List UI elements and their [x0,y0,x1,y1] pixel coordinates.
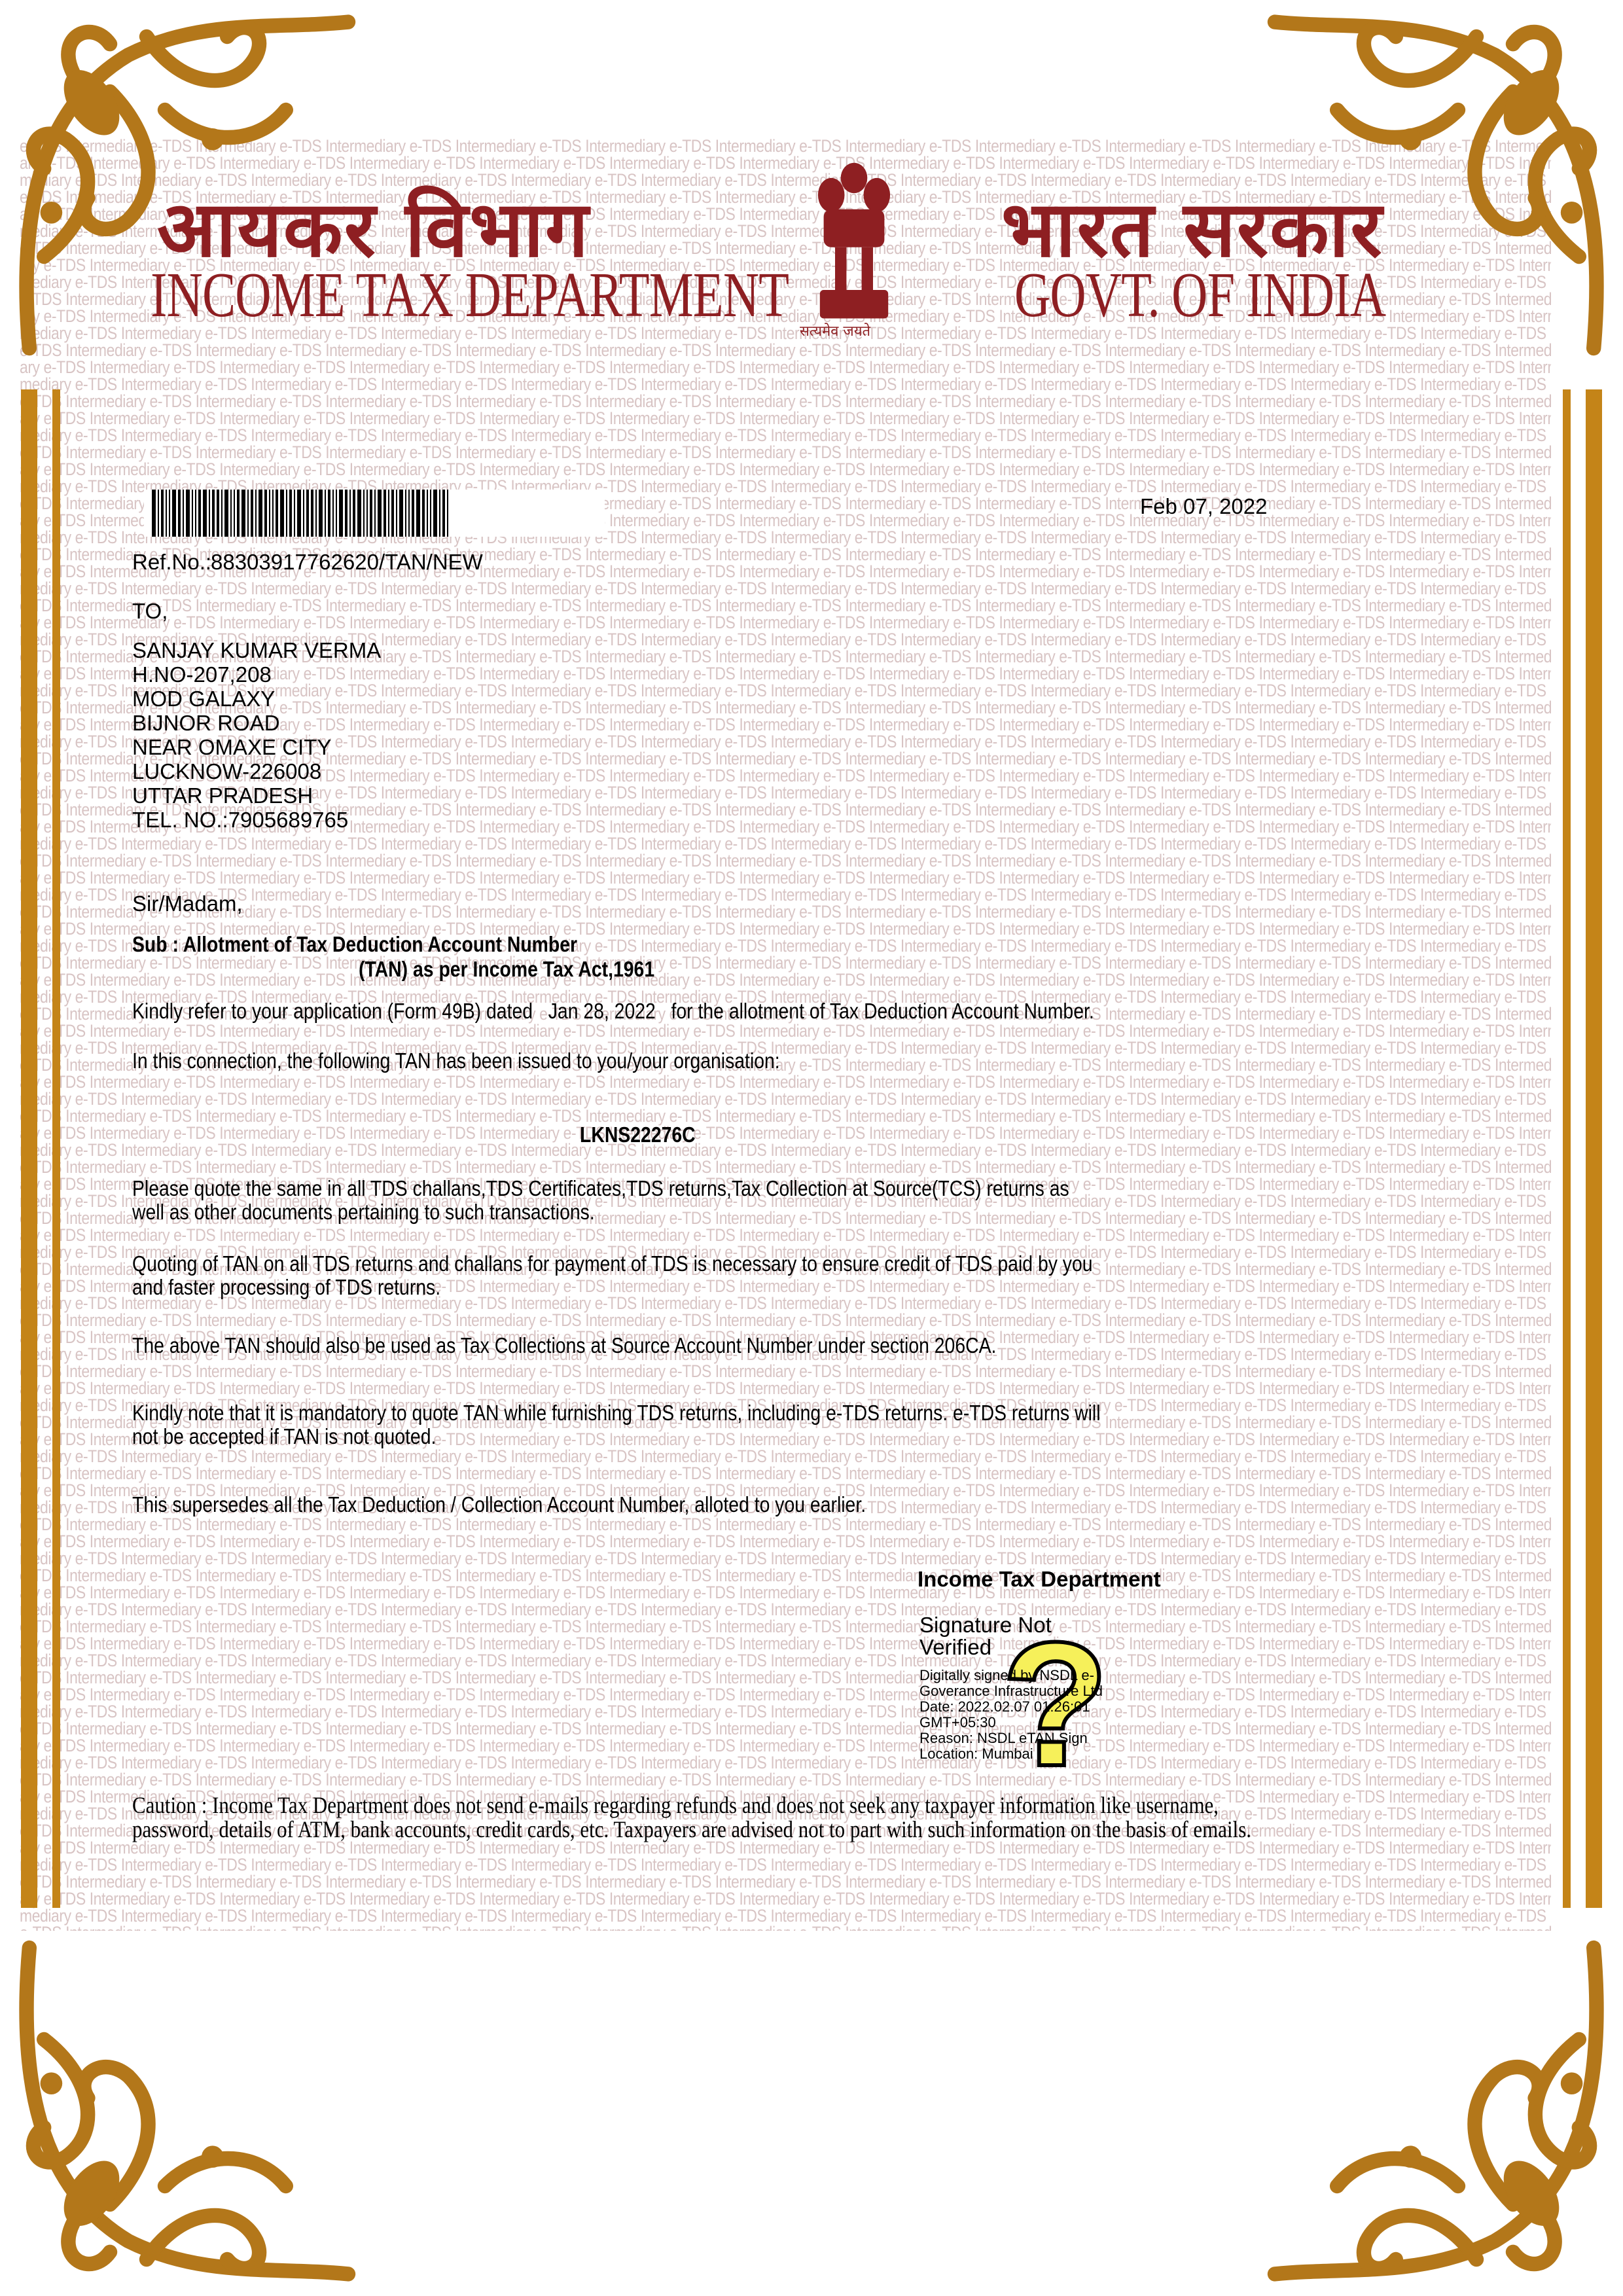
to-label: TO, [132,599,168,623]
barcode-bar [408,490,410,537]
barcode-bar [416,490,420,537]
barcode-bar [158,490,159,537]
barcode-bar [433,490,437,537]
address-line: NEAR OMAXE CITY [132,735,331,759]
govt-name-english: GOVT. OF INDIA [1014,259,1385,332]
barcode-bar [422,490,425,537]
barcode-bar [349,490,351,537]
barcode-bar [195,490,196,537]
signature-detail-line: Reason: NSDL eTAN Sign [919,1731,1088,1746]
signature-issuer: Income Tax Department [918,1567,1161,1591]
border-line-right-outer [1586,389,1602,1908]
barcode-bar [259,490,262,537]
border-line-left-outer [21,389,37,1908]
barcode-bar [378,490,382,537]
barcode-bar [166,490,167,537]
address-line: BIJNOR ROAD [132,711,280,735]
para-quote-line-1: Please quote the same in all TDS challan… [132,1176,1069,1200]
barcode-bar [319,490,323,537]
barcode-bar [357,490,361,537]
barcode-bar [370,490,372,537]
barcode-bar [198,490,201,537]
para-credit-line-1: Quoting of TAN on all TDS returns and ch… [132,1251,1093,1276]
barcode-bar [255,490,257,537]
emblem-motto: सत्यमेव जयते [800,321,870,340]
barcode-bar [442,490,445,537]
address-line: TEL. NO.:7905689765 [132,808,348,832]
barcode-bar [303,490,304,537]
para-tcs: The above TAN should also be used as Tax… [132,1333,996,1357]
barcode-bar [209,490,210,537]
barcode-bar [405,490,406,537]
barcode-bar [224,490,228,537]
barcode-bar [152,490,156,537]
barcode-bar [234,490,235,537]
para-credit-line-2: and faster processing of TDS returns. [132,1275,440,1299]
barcode-bar [178,490,181,537]
address-line: UTTAR PRADESH [132,783,313,808]
ref-label: Ref.No.: [132,550,211,574]
barcode-bar [396,490,397,537]
barcode-bar [399,490,403,537]
barcode-bar [427,490,428,537]
subject-line-2: (TAN) as per Income Tax Act,1961 [359,957,654,981]
barcode-bar [336,490,337,537]
barcode-bar [192,490,193,537]
barcode-bar [217,490,219,537]
corner-ornament-bottom-left-icon [0,1929,366,2296]
barcode-bar [241,490,245,537]
salutation: Sir/Madam, [132,891,243,916]
barcode-bar [325,490,326,537]
barcode-bar [276,490,278,537]
para-mandatory-line-2: not be accepted if TAN is not quoted. [132,1424,436,1448]
barcode [144,490,605,537]
ashoka-emblem-icon [805,157,903,347]
letter-date: Feb 07, 2022 [1140,494,1268,518]
subject-line-1: Sub : Allotment of Tax Deduction Account… [132,932,577,956]
signature-detail-line: Location: Mumbai [919,1746,1033,1762]
para-application-ref: Kindly refer to your application (Form 4… [132,999,1094,1023]
barcode-bar [328,490,330,537]
barcode-bar [374,490,376,537]
address-line: MOD GALAXY [132,687,275,711]
barcode-bar [212,490,215,537]
address-line: SANJAY KUMAR VERMA [132,638,381,662]
barcode-bar [264,490,267,537]
barcode-bar [315,490,317,537]
address-line: H.NO-207,208 [132,662,272,687]
signature-status-line-1: Signature Not [919,1613,1052,1637]
barcode-bar [383,490,386,537]
barcode-bar [430,490,431,537]
barcode-bar [345,490,348,537]
barcode-bar [363,490,365,537]
barcode-bar [169,490,170,537]
barcode-bar [280,490,284,537]
barcode-bar [272,490,274,537]
barcode-bar [286,490,287,537]
signature-detail-line: GMT+05:30 [919,1715,996,1731]
para-quote-line-2: well as other documents pertaining to su… [132,1200,595,1224]
tan-number: LKNS22276C [580,1122,696,1147]
barcode-bar [247,490,249,537]
barcode-bar [269,490,270,537]
barcode-bar [297,490,301,537]
watermark-background: e-TDS Intermediary e-TDS Intermediary e-… [20,137,1551,1931]
barcode-bar [391,490,394,537]
corner-ornament-bottom-right-icon [1257,1929,1623,2296]
para-mandatory-line-1: Kindly note that it is mandatory to quot… [132,1401,1101,1425]
barcode-bar [230,490,232,537]
para-issued: In this connection, the following TAN ha… [132,1049,780,1073]
border-line-right-inner [1563,389,1571,1908]
barcode-bar [412,490,414,537]
barcode-bar [388,490,389,537]
barcode-bar [186,490,190,537]
barcode-bar [172,490,176,537]
barcode-bar [289,490,292,537]
barcode-bar [306,490,309,537]
signature-detail-line: Digitally signed by NSDL e- [919,1668,1094,1683]
barcode-bar [339,490,343,537]
barcode-bar [203,490,207,537]
para-refer-after: for the allotment of Tax Deduction Accou… [671,999,1094,1023]
barcode-bar [294,490,295,537]
barcode-bar [183,490,184,537]
barcode-bar [311,490,313,537]
signature-detail-line: Goverance Infrastructure Ltd [919,1683,1103,1699]
barcode-bar [366,490,368,537]
border-line-left-inner [52,389,60,1908]
signature-status-line-2: Verified [919,1635,991,1659]
para-supersedes: This supersedes all the Tax Deduction / … [132,1492,866,1516]
dept-name-english: INCOME TAX DEPARTMENT [151,259,789,332]
barcode-bar [447,490,448,537]
barcode-bar [439,490,440,537]
ref-number: 88303917762620/TAN/NEW [211,550,483,574]
barcode-bar [161,490,164,537]
barcode-bar [251,490,253,537]
address-line: LUCKNOW-226008 [132,759,321,783]
barcode-bar [221,490,223,537]
signature-detail-line: Date: 2022.02.07 01:26:01 [919,1699,1090,1715]
barcode-bar [237,490,240,537]
para-refer-before: Kindly refer to your application (Form 4… [132,999,533,1023]
barcode-bar [353,490,355,537]
caution-line-1: Caution : Income Tax Department does not… [132,1793,1219,1818]
caution-line-2: password, details of ATM, bank accounts,… [132,1818,1251,1842]
barcode-bar [332,490,334,537]
application-date: Jan 28, 2022 [548,999,656,1023]
